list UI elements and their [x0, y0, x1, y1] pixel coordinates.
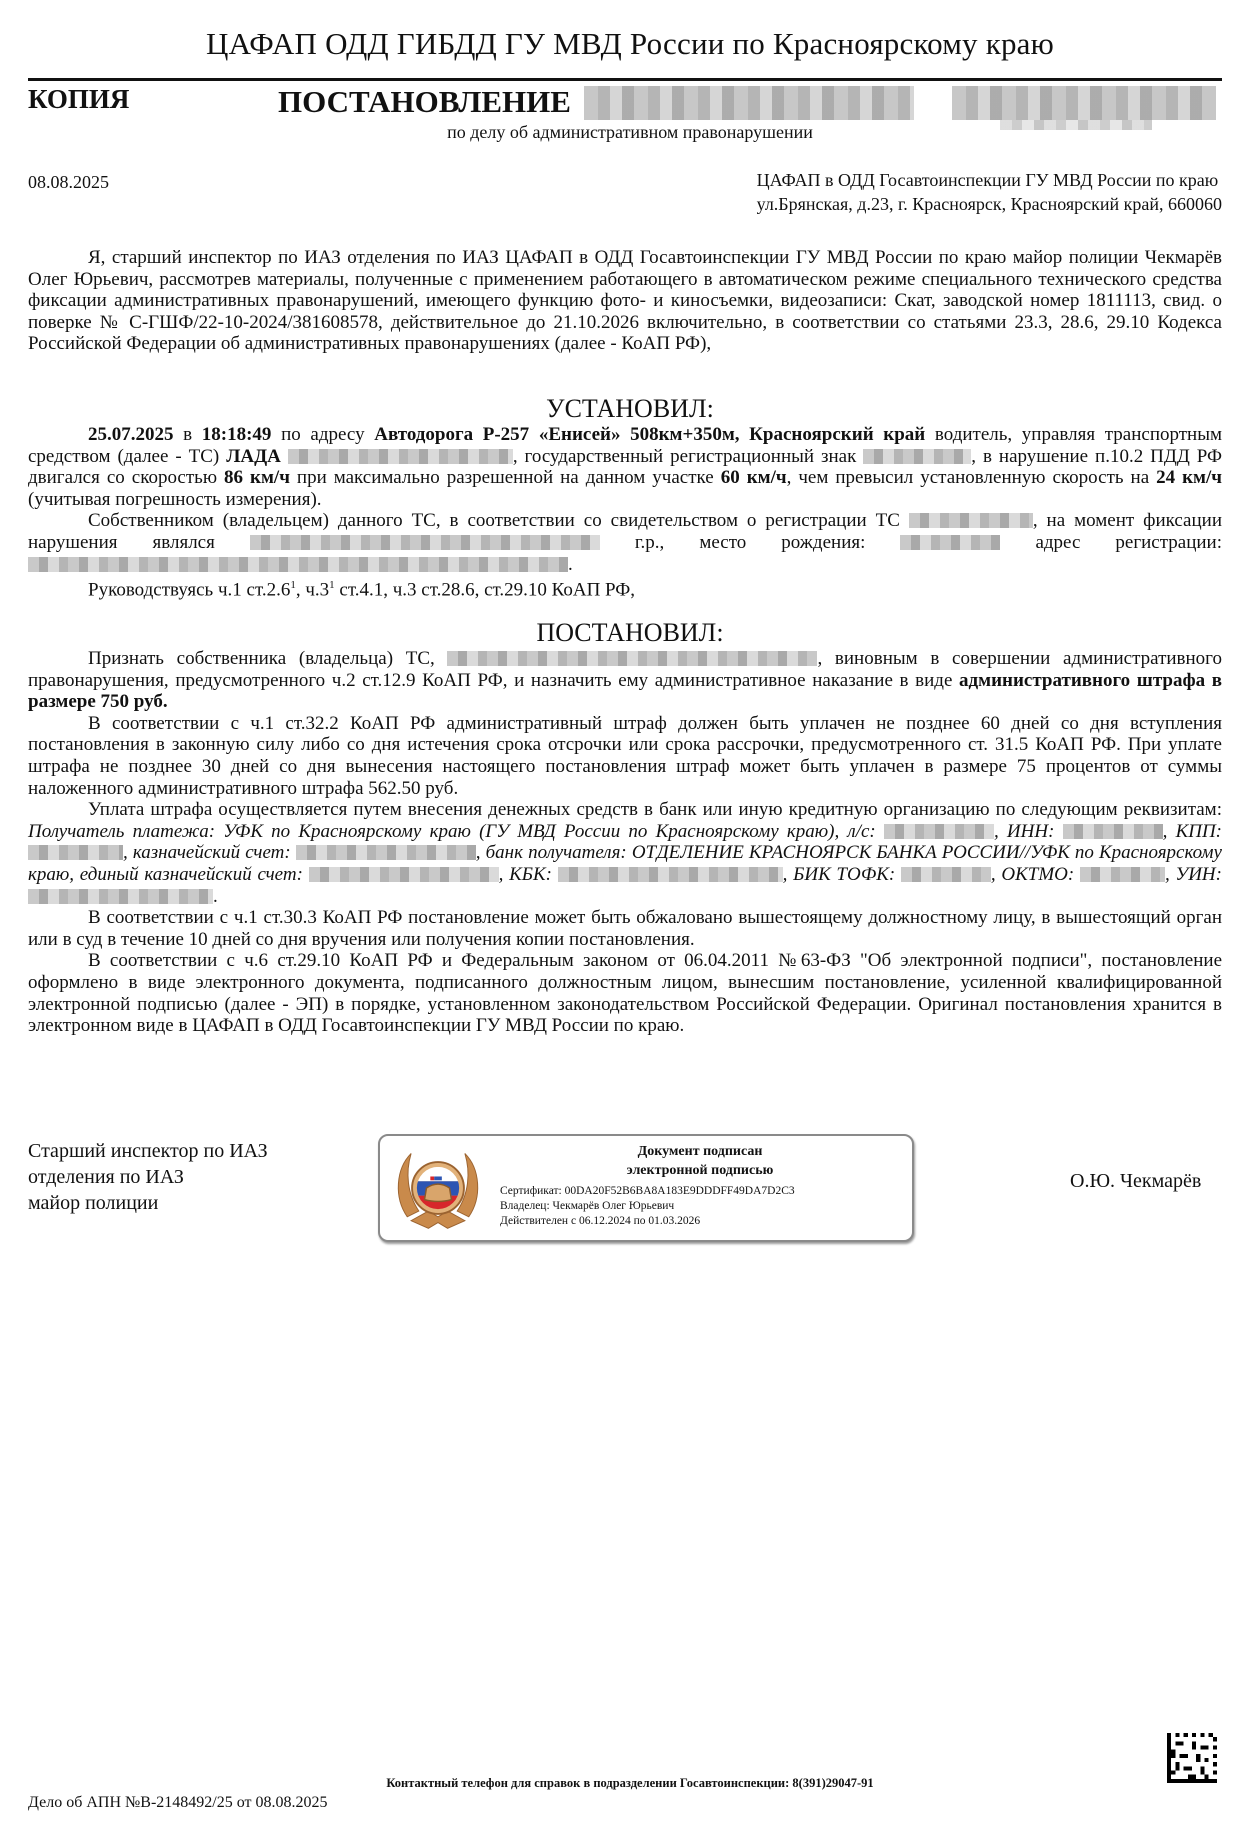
redacted-single-account [309, 867, 499, 882]
payment-details-paragraph: Уплата штрафа осуществляется путем внесе… [28, 799, 1222, 907]
redacted-registration-address [28, 557, 568, 572]
redacted-vehicle-model [288, 449, 513, 464]
signer-name: О.Ю. Чекмарёв [1070, 1170, 1201, 1193]
traffic-police-emblem-icon [390, 1140, 486, 1236]
stamp-title: Документ подписан электронной подписью [500, 1142, 900, 1180]
guided-by-paragraph: Руководствуясь ч.1 ст.2.61, ч.31 ст.4.1,… [28, 575, 1222, 601]
established-section: 25.07.2025 в 18:18:49 по адресу Автодоро… [28, 424, 1222, 601]
violation-time: 18:18:49 [202, 424, 272, 445]
issuer-block: ЦАФАП в ОДД Госавтоинспекции ГУ МВД Росс… [757, 168, 1222, 216]
recorded-speed: 86 км/ч [224, 467, 290, 488]
redacted-treasury-account [296, 845, 476, 860]
signer-position: Старший инспектор по ИАЗ отделения по ИА… [28, 1138, 268, 1216]
redacted-bik [901, 867, 991, 882]
certificate-serial: Сертификат: 00DA20F52B6BA8A183E9DDDFF49D… [500, 1184, 795, 1199]
decision-section: Признать собственника (владельца) ТС, , … [28, 648, 1222, 1037]
redacted-uin [28, 889, 213, 904]
redacted-account [884, 824, 994, 839]
speed-excess: 24 км/ч [1156, 467, 1222, 488]
redacted-document-number-2 [952, 86, 1216, 120]
redacted-oktmo [1080, 867, 1165, 882]
redacted-kpp [28, 845, 123, 860]
copy-mark: КОПИЯ [28, 84, 129, 115]
redacted-plate [863, 449, 971, 464]
redacted-kbk [558, 867, 783, 882]
intro-section: Я, старший инспектор по ИАЗ отделения по… [28, 247, 1222, 355]
certificate-owner: Владелец: Чекмарёв Олег Юрьевич [500, 1199, 795, 1214]
verdict-paragraph: Признать собственника (владельца) ТС, , … [28, 648, 1222, 713]
document-date: 08.08.2025 [28, 172, 109, 193]
redacted-birthplace [900, 535, 1000, 550]
redacted-offender-name [447, 651, 817, 666]
owner-paragraph: Собственником (владельцем) данного ТС, в… [28, 510, 1222, 575]
established-heading: УСТАНОВИЛ: [0, 394, 1260, 424]
electronic-signature-paragraph: В соответствии с ч.6 ст.29.10 КоАП РФ и … [28, 950, 1222, 1036]
appeal-paragraph: В соответствии с ч.1 ст.30.3 КоАП РФ пос… [28, 907, 1222, 950]
decision-heading: ПОСТАНОВИЛ: [0, 618, 1260, 648]
violation-paragraph: 25.07.2025 в 18:18:49 по адресу Автодоро… [28, 424, 1222, 510]
vehicle-make: ЛАДА [226, 446, 281, 467]
datamatrix-code-icon [1167, 1733, 1217, 1783]
speed-limit: 60 км/ч [721, 467, 787, 488]
header-divider [28, 78, 1222, 81]
electronic-signature-stamp: Документ подписан электронной подписью С… [378, 1134, 914, 1242]
redacted-inn [1063, 824, 1163, 839]
violation-address: Автодорога Р-257 «Енисей» 508км+350м, Кр… [374, 424, 925, 445]
document-subtitle: по делу об административном правонарушен… [0, 122, 1260, 143]
payment-deadline-paragraph: В соответствии с ч.1 ст.32.2 КоАП РФ адм… [28, 713, 1222, 799]
document-title: ПОСТАНОВЛЕНИЕ [278, 84, 571, 120]
redacted-owner-name [250, 535, 600, 550]
certificate-details: Сертификат: 00DA20F52B6BA8A183E9DDDFF49D… [500, 1184, 795, 1229]
issuer-address: ул.Брянская, д.23, г. Красноярск, Красно… [757, 192, 1222, 216]
organization-title: ЦАФАП ОДД ГИБДД ГУ МВД России по Красноя… [0, 26, 1260, 62]
issuer-name: ЦАФАП в ОДД Госавтоинспекции ГУ МВД Росс… [757, 168, 1222, 192]
case-number: Дело об АПН №В-2148492/25 от 08.08.2025 [28, 1794, 328, 1812]
certificate-validity: Действителен с 06.12.2024 по 01.03.2026 [500, 1214, 795, 1229]
redacted-registration-cert [909, 513, 1033, 528]
violation-date: 25.07.2025 [88, 424, 174, 445]
intro-paragraph: Я, старший инспектор по ИАЗ отделения по… [28, 247, 1222, 355]
contact-phone: Контактный телефон для справок в подразд… [0, 1776, 1260, 1791]
redacted-document-number [584, 86, 914, 120]
